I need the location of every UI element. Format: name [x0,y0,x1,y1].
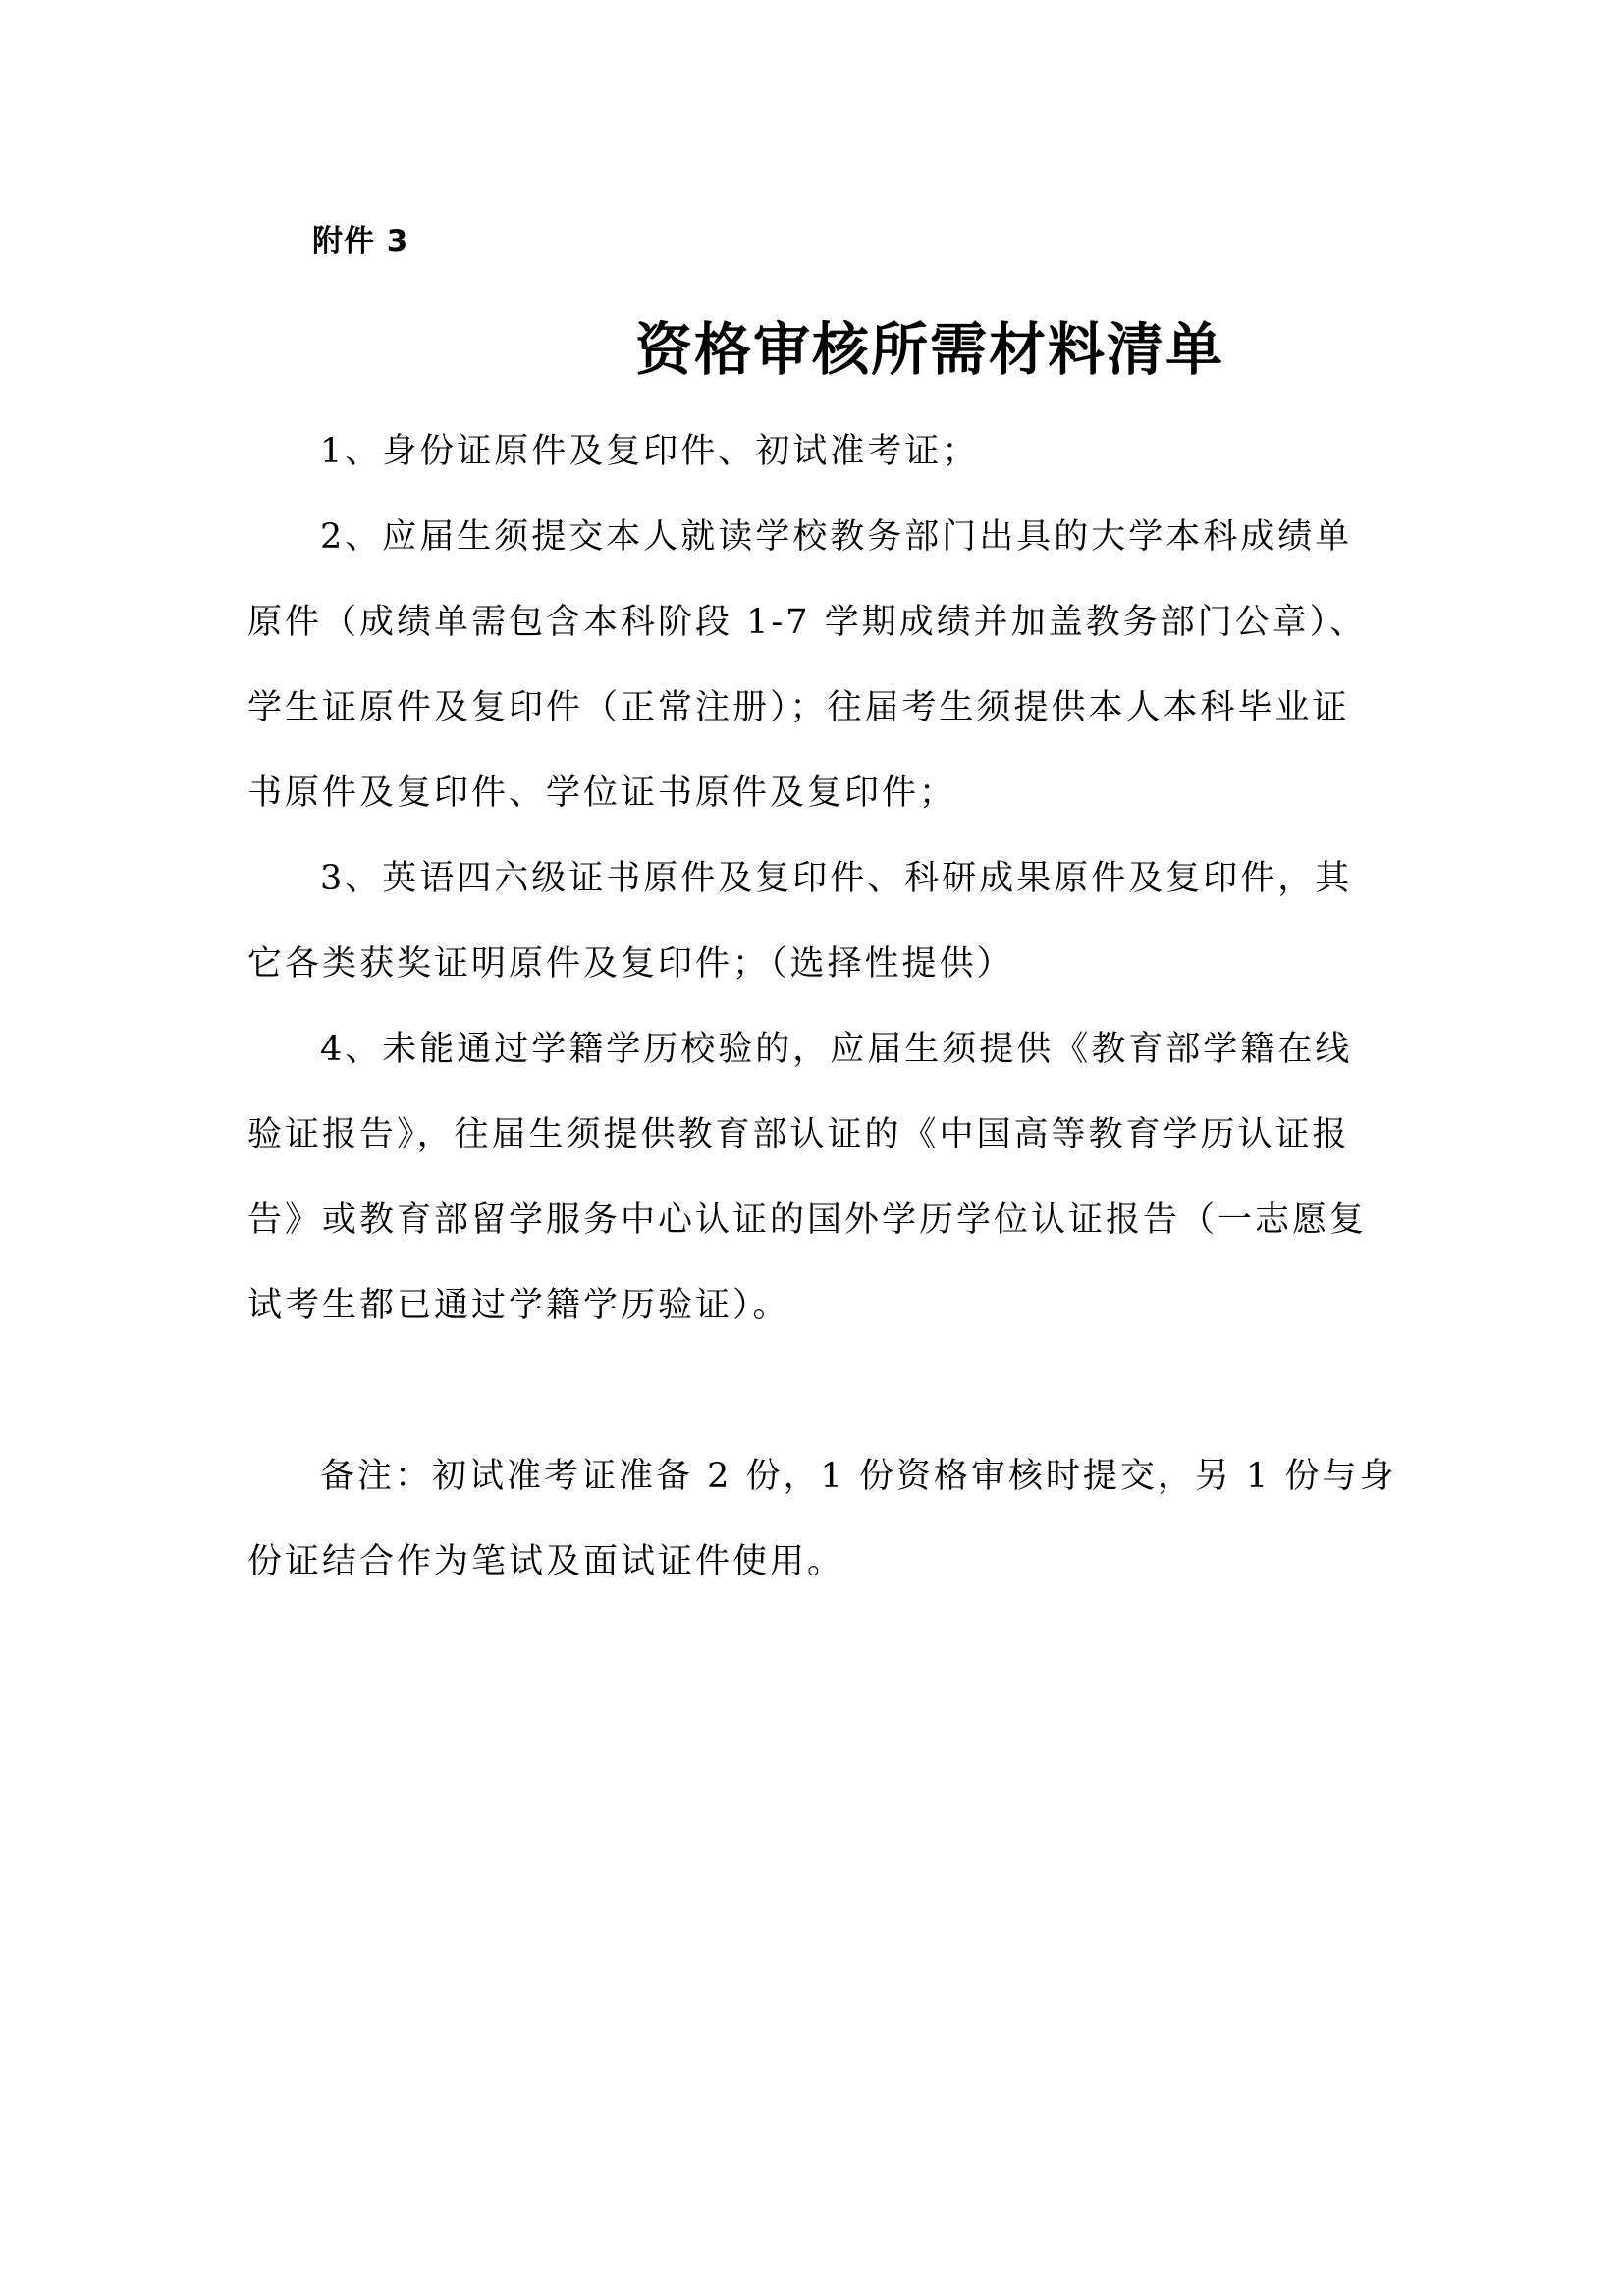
document-page: 附件 3 资格审核所需材料清单 1、身份证原件及复印件、初试准考证； 2、应届生… [0,0,1624,2296]
document-body: 1、身份证原件及复印件、初试准考证； 2、应届生须提交本人就读学校教务部门出具的… [247,424,1386,1620]
attachment-label: 附件 3 [312,220,408,263]
item-4-line-2: 验证报告》，往届生须提供教育部认证的《中国高等教育学历认证报 [247,1107,1386,1193]
item-2-line-3: 学生证原件及复印件（正常注册）；往届考生须提供本人本科毕业证 [247,680,1386,766]
paragraph-spacer [247,1363,1386,1449]
item-2-line-2: 原件（成绩单需包含本科阶段 1-7 学期成绩并加盖教务部门公章）、 [247,595,1386,680]
item-2-line-4: 书原件及复印件、学位证书原件及复印件； [247,766,1386,851]
item-3-line-2: 它各类获奖证明原件及复印件；（选择性提供） [247,936,1386,1022]
item-4-line-1: 4、未能通过学籍学历校验的，应届生须提供《教育部学籍在线 [247,1022,1386,1107]
list-item-3: 3、英语四六级证书原件及复印件、科研成果原件及复印件，其 它各类获奖证明原件及复… [247,851,1386,1022]
item-4-line-4: 试考生都已通过学籍学历验证）。 [247,1278,1386,1363]
note-line-2: 份证结合作为笔试及面试证件使用。 [247,1534,1386,1620]
item-3-line-1: 3、英语四六级证书原件及复印件、科研成果原件及复印件，其 [247,851,1386,936]
document-title: 资格审核所需材料清单 [0,312,1624,387]
list-item-2: 2、应届生须提交本人就读学校教务部门出具的大学本科成绩单 原件（成绩单需包含本科… [247,509,1386,851]
note-line-1: 备注：初试准考证准备 2 份，1 份资格审核时提交，另 1 份与身 [247,1449,1386,1534]
list-item-4: 4、未能通过学籍学历校验的，应届生须提供《教育部学籍在线 验证报告》，往届生须提… [247,1022,1386,1363]
note-paragraph: 备注：初试准考证准备 2 份，1 份资格审核时提交，另 1 份与身 份证结合作为… [247,1449,1386,1620]
item-4-line-3: 告》或教育部留学服务中心认证的国外学历学位认证报告（一志愿复 [247,1193,1386,1278]
item-1-line-1: 1、身份证原件及复印件、初试准考证； [247,424,1386,509]
list-item-1: 1、身份证原件及复印件、初试准考证； [247,424,1386,509]
item-2-line-1: 2、应届生须提交本人就读学校教务部门出具的大学本科成绩单 [247,509,1386,595]
